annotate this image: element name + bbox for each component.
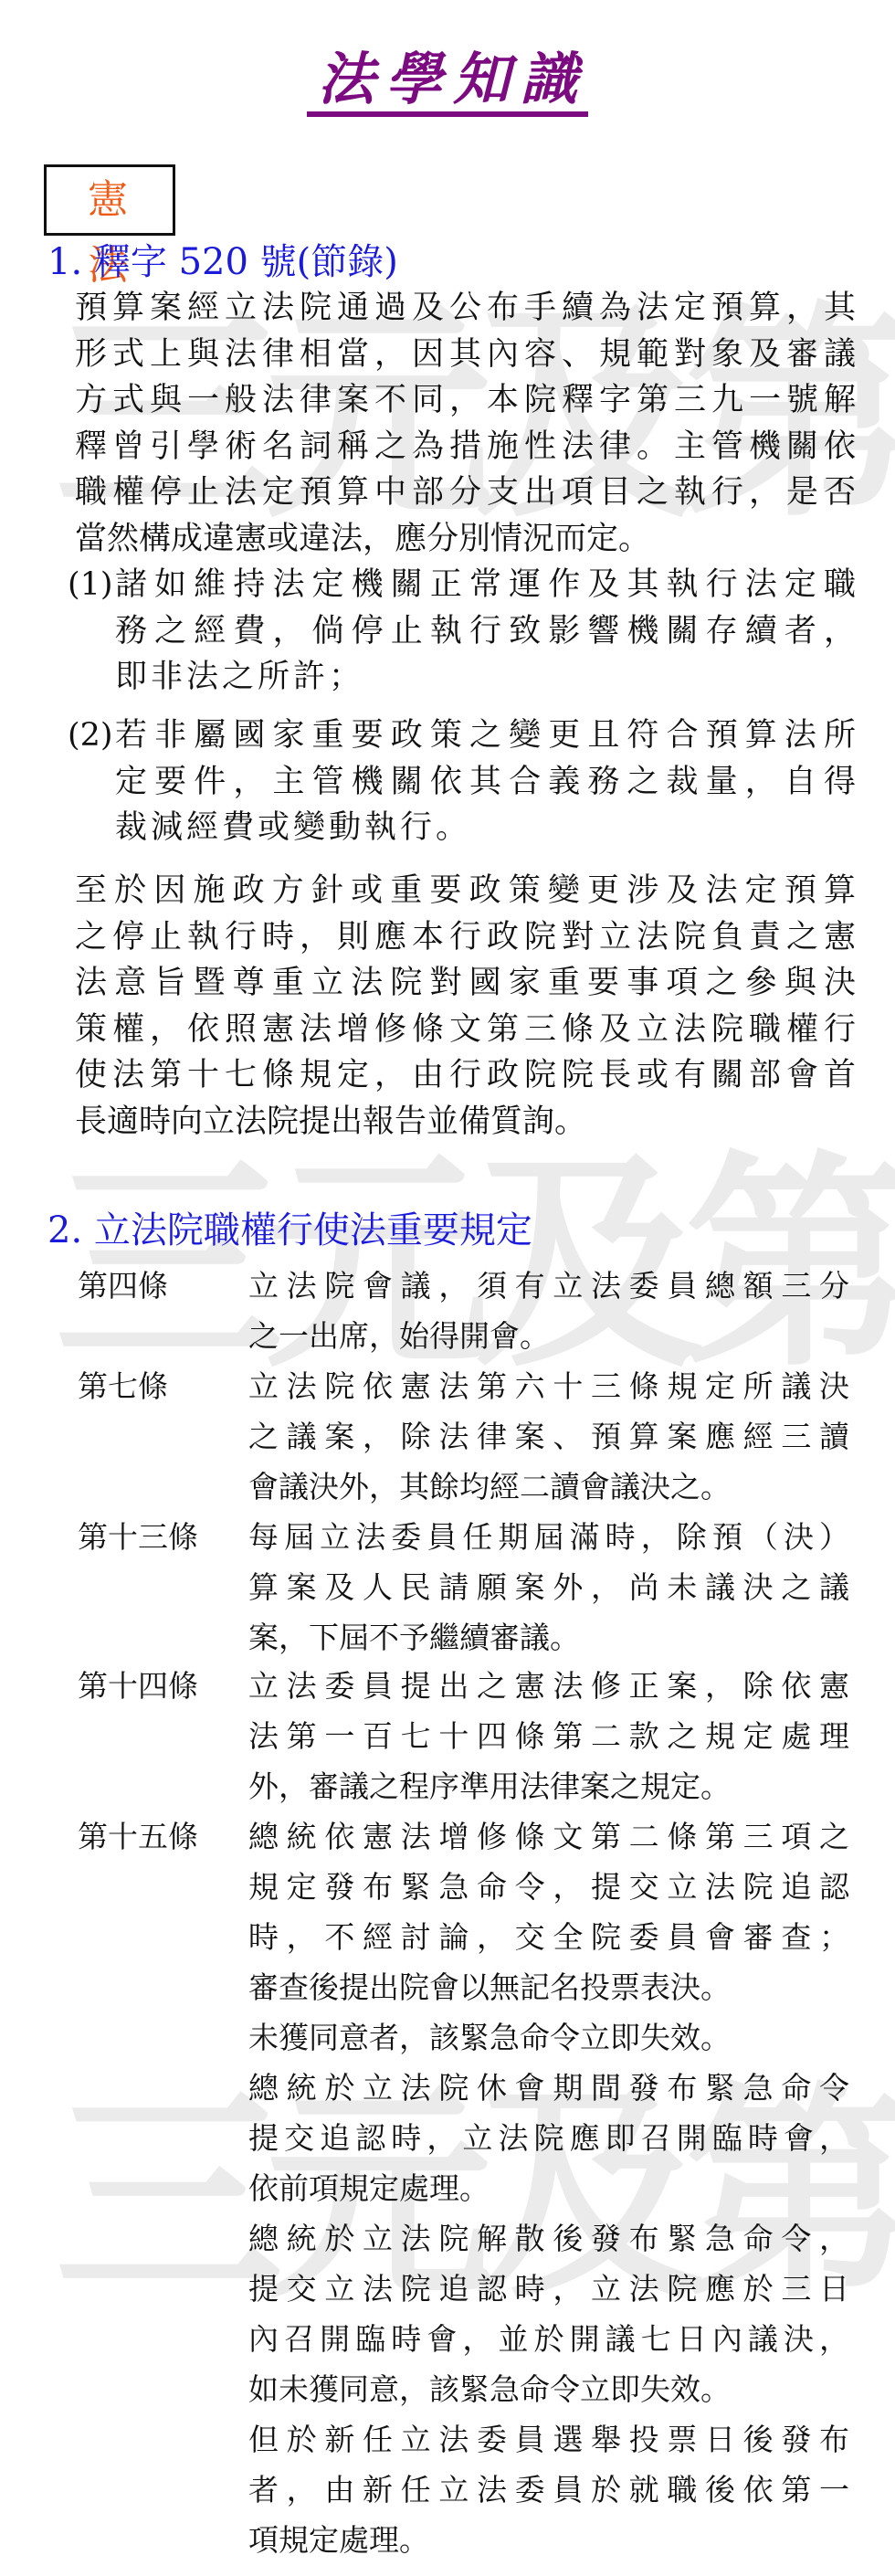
text-line: 總統依憲法增修條文第二條第三項之	[248, 1811, 849, 1862]
article-label: 第七條	[78, 1361, 168, 1411]
text-line: 方式與一般法律案不同，本院釋字第三九一號解	[75, 377, 856, 424]
text-line: 提交追認時，立法院應即召開臨時會，	[248, 2113, 849, 2163]
text-line: 者，由新任立法委員於就職後依第一	[248, 2465, 849, 2515]
text-line: 總統於立法院休會期間發布緊急命令	[248, 2063, 849, 2113]
text-line: 至於因施政方針或重要政策變更涉及法定預算	[75, 868, 856, 914]
item-heading-2: 2. 立法院職權行使法重要規定	[47, 1208, 532, 1253]
text-line: 定要件，主管機關依其合義務之裁量，自得	[115, 759, 859, 806]
text-line: 案，下屆不予繼續審議。	[248, 1612, 849, 1663]
text-line: 但於新任立法委員選舉投票日後發布	[248, 2414, 849, 2465]
article-15: 第十五條 總統依憲法增修條文第二條第三項之 規定發布緊急命令，提交立法院追認 時…	[78, 1811, 872, 2565]
text-line: 之議案，除法律案、預算案應經三讀	[248, 1411, 849, 1462]
text-line: 依前項規定處理。	[248, 2163, 849, 2213]
sub-item-2: (2) 若非屬國家重要政策之變更且符合預算法所 定要件，主管機關依其合義務之裁量…	[68, 713, 862, 851]
section-label-box: 憲法	[44, 164, 175, 236]
text-line: 形式上與法律相當，因其內容、規範對象及審議	[75, 332, 856, 378]
text-line: 釋曾引學術名詞稱之為措施性法律。主管機關依	[75, 424, 856, 470]
text-line: 諸如維持法定機關正常運作及其執行法定職	[115, 562, 859, 608]
article-label: 第十四條	[78, 1661, 198, 1711]
page-title-text: 法學知識	[307, 48, 588, 117]
article-14: 第十四條 立法委員提出之憲法修正案，除依憲 法第一百七十四條第二款之規定處理 外…	[78, 1661, 872, 1811]
text-line: 裁減經費或變動執行。	[115, 805, 859, 851]
text-line: 規定發布緊急命令，提交立法院追認	[248, 1862, 849, 1912]
text-line: 策權，依照憲法增修條文第三條及立法院職權行	[75, 1007, 856, 1053]
text-line: 立法院會議，須有立法委員總額三分	[248, 1261, 849, 1311]
article-7: 第七條 立法院依憲法第六十三條規定所議決 之議案，除法律案、預算案應經三讀 會議…	[78, 1361, 872, 1512]
text-line: 算案及人民請願案外，尚未議決之議	[248, 1562, 849, 1612]
text-line: 外，審議之程序準用法律案之規定。	[248, 1761, 849, 1811]
item-heading-1: 1. 釋字 520 號(節錄)	[47, 239, 398, 285]
article-13: 第十三條 每屆立法委員任期屆滿時，除預（決） 算案及人民請願案外，尚未議決之議 …	[78, 1512, 872, 1663]
text-line: 時，不經討論，交全院委員會審查；	[248, 1912, 849, 1962]
text-line: 如未獲同意，該緊急命令立即失效。	[248, 2364, 849, 2414]
text-line: 使法第十七條規定，由行政院院長或有關部會首	[75, 1052, 856, 1099]
intro-paragraph: 預算案經立法院通過及公布手續為法定預算，其 形式上與法律相當，因其內容、規範對象…	[75, 285, 860, 562]
text-line: 會議決外，其餘均經二讀會議決之。	[248, 1462, 849, 1512]
text-line: 之停止執行時，則應本行政院對立法院負責之憲	[75, 914, 856, 961]
closing-paragraph: 至於因施政方針或重要政策變更涉及法定預算 之停止執行時，則應本行政院對立法院負責…	[75, 868, 860, 1145]
text-line: 未獲同意者，該緊急命令立即失效。	[248, 2012, 849, 2063]
text-line: 法意旨暨尊重立法院對國家重要事項之參與決	[75, 960, 856, 1007]
text-line: 務之經費，倘停止執行致影響機關存續者，	[115, 608, 859, 655]
sub-item-marker: (1)	[68, 562, 113, 608]
text-line: 當然構成違憲或違法，應分別情況而定。	[75, 516, 856, 563]
text-line: 預算案經立法院通過及公布手續為法定預算，其	[75, 285, 856, 332]
sub-item-marker: (2)	[68, 713, 113, 759]
text-line: 法第一百七十四條第二款之規定處理	[248, 1711, 849, 1761]
text-line: 每屆立法委員任期屆滿時，除預（決）	[248, 1512, 849, 1562]
text-line: 項規定處理。	[248, 2515, 849, 2565]
text-line: 立法委員提出之憲法修正案，除依憲	[248, 1661, 849, 1711]
text-line: 之一出席，始得開會。	[248, 1311, 849, 1361]
text-line: 長適時向立法院提出報告並備質詢。	[75, 1099, 856, 1145]
article-label: 第四條	[78, 1261, 168, 1311]
text-line: 職權停止法定預算中部分支出項目之執行，是否	[75, 470, 856, 516]
article-label: 第十三條	[78, 1512, 198, 1562]
text-line: 若非屬國家重要政策之變更且符合預算法所	[115, 713, 859, 759]
text-line: 提交立法院追認時，立法院應於三日	[248, 2264, 849, 2314]
sub-item-1: (1) 諸如維持法定機關正常運作及其執行法定職 務之經費，倘停止執行致影響機關存…	[68, 562, 862, 701]
text-line: 內召開臨時會，並於開議七日內議決，	[248, 2314, 849, 2364]
text-line: 即非法之所許；	[115, 654, 859, 701]
text-line: 總統於立法院解散後發布緊急命令，	[248, 2213, 849, 2264]
page-title: 法學知識	[0, 48, 895, 117]
article-label: 第十五條	[78, 1811, 198, 1862]
text-line: 立法院依憲法第六十三條規定所議決	[248, 1361, 849, 1411]
article-4: 第四條 立法院會議，須有立法委員總額三分 之一出席，始得開會。	[78, 1261, 872, 1361]
text-line: 審查後提出院會以無記名投票表決。	[248, 1962, 849, 2012]
